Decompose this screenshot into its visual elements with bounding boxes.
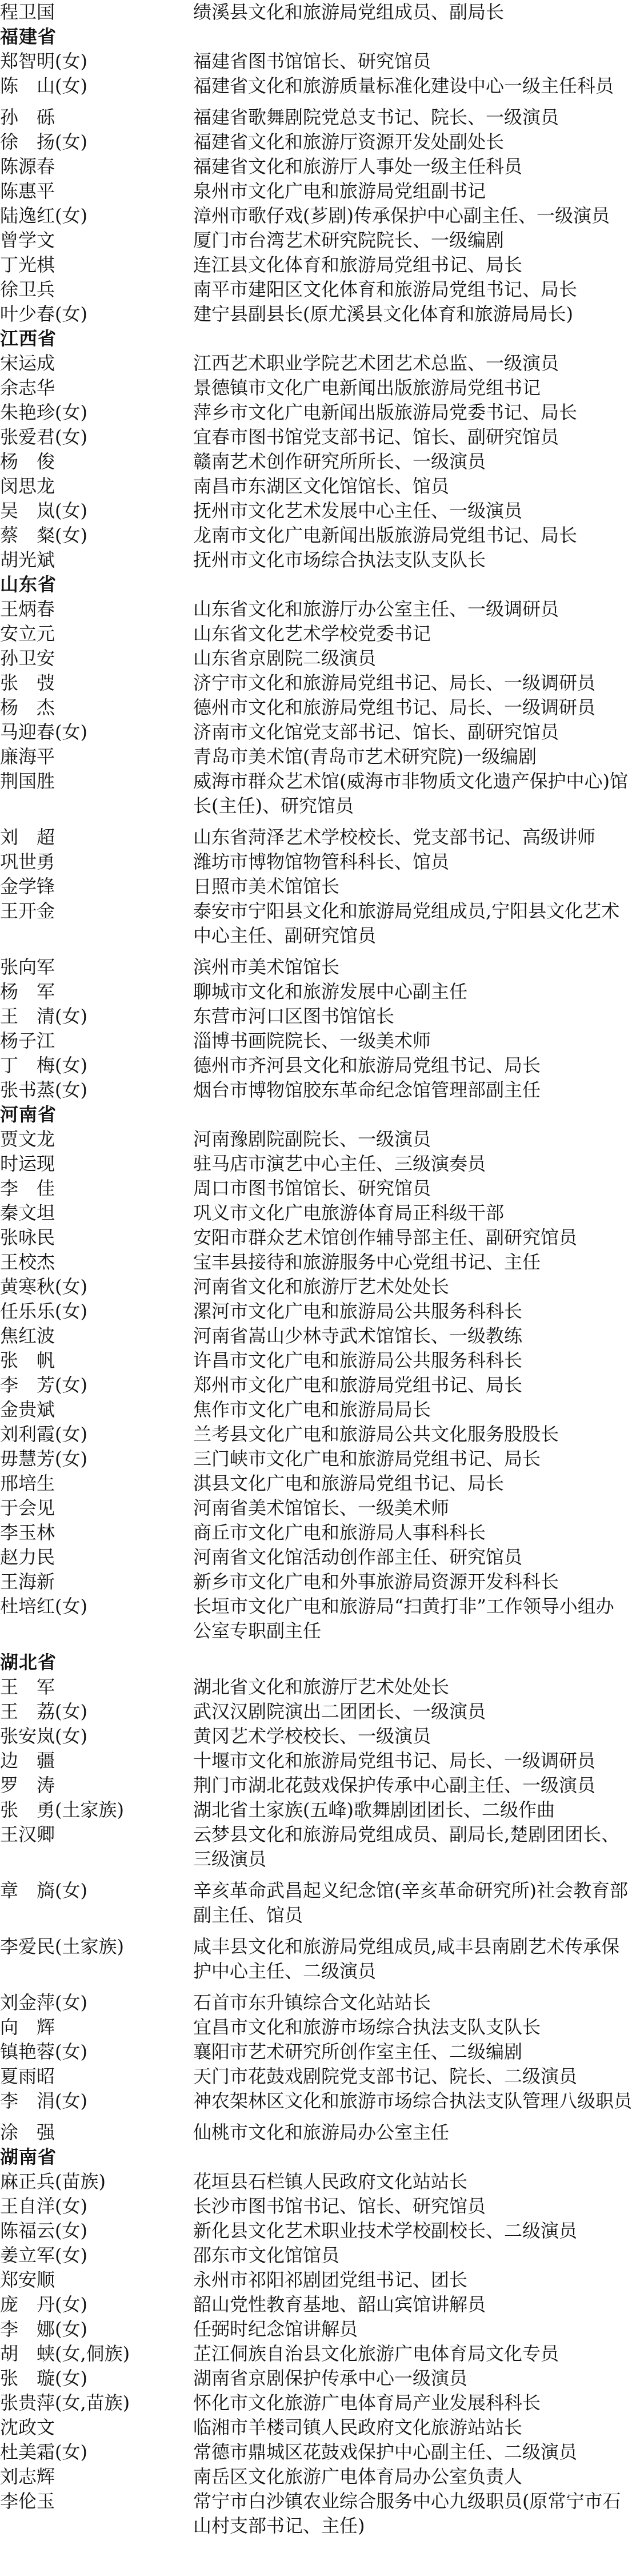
person-title: 临湘市羊楼司镇人民政府文化旅游站站长 [193,2415,632,2440]
person-title: 荆门市湖北花鼓戏保护传承中心副主任、一级演员 [193,1773,632,1798]
person-entry: 刘 超 山东省菏泽艺术学校校长、党支部书记、高级讲师 [0,825,632,850]
person-entry: 涂 强 仙桃市文化和旅游局办公室主任 [0,2120,632,2145]
person-entry: 王 荔(女) 武汉汉剧院演出二团团长、一级演员 [0,1699,632,1724]
person-entry: 张安岚(女) 黄冈艺术学校校长、一级演员 [0,1724,632,1749]
person-title: 漳州市歌仔戏(芗剧)传承保护中心副主任、一级演员 [193,204,632,228]
person-name: 刘金萍(女) [0,1990,193,2015]
person-entry: 孙卫安 山东省京剧院二级演员 [0,646,632,671]
person-title: 烟台市博物馆胶东革命纪念馆管理部副主任 [193,1078,632,1102]
person-name: 边 疆 [0,1749,193,1773]
person-name: 陈 山(女) [0,74,193,98]
person-title: 云梦县文化和旅游局党组成员、副局长,楚剧团团长、三级演员 [193,1822,632,1872]
person-name: 杨 俊 [0,449,193,474]
person-title: 抚州市文化艺术发展中心主任、一级演员 [193,499,632,523]
person-name: 徐 扬(女) [0,130,193,154]
person-title: 湖北省土家族(五峰)歌舞剧团团长、二级作曲 [193,1798,632,1822]
person-title: 福建省歌舞剧院党总支书记、院长、一级演员 [193,105,632,130]
person-title: 宝丰县接待和旅游服务中心党组书记、主任 [193,1250,632,1275]
person-name: 蔡 粲(女) [0,523,193,548]
person-entry: 曾学文 厦门市台湾艺术研究院院长、一级编剧 [0,228,632,253]
person-entry: 刘金萍(女) 石首市东升镇综合文化站站长 [0,1990,632,2015]
person-name: 陆逸红(女) [0,204,193,228]
person-title: 花垣县石栏镇人民政府文化站站长 [193,2169,632,2194]
person-entry: 朱艳珍(女) 萍乡市文化广电新闻出版旅游局党委书记、局长 [0,400,632,425]
person-title: 济宁市文化和旅游局党组书记、局长、一级调研员 [193,671,632,695]
person-name: 章 旖(女) [0,1878,193,1928]
person-entry: 赵力民 河南省文化馆活动创作部主任、研究馆员 [0,1545,632,1570]
person-entry: 李 涓(女) 神农架林区文化和旅游市场综合执法支队管理八级职员 [0,2089,632,2113]
person-title: 景德镇市文化广电新闻出版旅游局党组书记 [193,376,632,400]
person-entry: 郑安顺 永州市祁阳祁剧团党组书记、团长 [0,2268,632,2292]
person-entry: 张 璇(女) 湖南省京剧保护传承中心一级演员 [0,2366,632,2391]
person-title: 漯河市文化广电和旅游局公共服务科科长 [193,1299,632,1324]
person-entry: 丁 梅(女) 德州市齐河县文化和旅游局党组书记、局长 [0,1053,632,1078]
person-title: 仙桃市文化和旅游局办公室主任 [193,2120,632,2145]
person-title: 抚州市文化市场综合执法支队支队长 [193,548,632,572]
person-name: 张 弢 [0,671,193,695]
person-title: 福建省文化和旅游厅人事处一级主任科员 [193,154,632,179]
province-heading: 湖北省 [0,1650,632,1675]
person-name: 陈源春 [0,154,193,179]
person-title: 湖南省京剧保护传承中心一级演员 [193,2366,632,2391]
person-title: 萍乡市文化广电新闻出版旅游局党委书记、局长 [193,400,632,425]
person-title: 青岛市美术馆(青岛市艺术研究院)一级编剧 [193,744,632,769]
person-title: 武汉汉剧院演出二团团长、一级演员 [193,1699,632,1724]
person-title: 焦作市文化广电和旅游局局长 [193,1398,632,1422]
person-name: 王 清(女) [0,1004,193,1029]
person-entry: 金学锋 日照市美术馆馆长 [0,874,632,899]
person-name: 毋慧芳(女) [0,1447,193,1471]
person-entry: 马迎春(女) 济南市文化馆党支部书记、馆长、副研究馆员 [0,720,632,744]
person-name: 马迎春(女) [0,720,193,744]
person-name: 王汉卿 [0,1822,193,1872]
person-name: 孙卫安 [0,646,193,671]
person-entry: 杨 俊 赣南艺术创作研究所所长、一级演员 [0,449,632,474]
person-title: 赣南艺术创作研究所所长、一级演员 [193,449,632,474]
person-entry: 王炳春 山东省文化和旅游厅办公室主任、一级调研员 [0,597,632,622]
person-name: 刘志辉 [0,2464,193,2489]
person-title: 龙南市文化广电新闻出版旅游局党组书记、局长 [193,523,632,548]
person-name: 沈政文 [0,2415,193,2440]
person-title: 河南省嵩山少林寺武术馆馆长、一级教练 [193,1324,632,1348]
person-name: 李 娜(女) [0,2317,193,2342]
person-name: 张书蒸(女) [0,1078,193,1102]
person-entry: 罗 涛 荆门市湖北花鼓戏保护传承中心副主任、一级演员 [0,1773,632,1798]
person-entry: 庞 丹(女) 韶山党性教育基地、韶山宾馆讲解员 [0,2292,632,2317]
person-entry: 李 佳 周口市图书馆馆长、研究馆员 [0,1176,632,1201]
person-name: 张贵萍(女,苗族) [0,2391,193,2415]
person-entry: 程卫国 绩溪县文化和旅游局党组成员、副局长 [0,0,632,25]
person-name: 焦红波 [0,1324,193,1348]
person-entry: 廉海平 青岛市美术馆(青岛市艺术研究院)一级编剧 [0,744,632,769]
person-entry: 黄寒秋(女) 河南省文化和旅游厅艺术处处长 [0,1275,632,1299]
person-entry: 余志华 景德镇市文化广电新闻出版旅游局党组书记 [0,376,632,400]
person-entry: 王汉卿 云梦县文化和旅游局党组成员、副局长,楚剧团团长、三级演员 [0,1822,632,1872]
person-name: 张爱君(女) [0,425,193,449]
person-entry: 姜立军(女) 邵东市文化馆馆员 [0,2243,632,2268]
person-name: 张向军 [0,955,193,980]
person-entry: 向 辉 宜昌市文化和旅游市场综合执法支队支队长 [0,2015,632,2040]
person-name: 刘利霞(女) [0,1422,193,1447]
person-title: 许昌市文化广电和旅游局公共服务科科长 [193,1348,632,1373]
person-entry: 胡 蛱(女,侗族) 芷江侗族自治县文化旅游广电体育局文化专员 [0,2342,632,2366]
person-name: 金贵斌 [0,1398,193,1422]
person-title: 怀化市文化旅游广电体育局产业发展科科长 [193,2391,632,2415]
person-title: 泉州市文化广电和旅游局党组副书记 [193,179,632,204]
person-entry: 任乐乐(女) 漯河市文化广电和旅游局公共服务科科长 [0,1299,632,1324]
person-name: 李伦玉 [0,2489,193,2538]
person-title: 南平市建阳区文化体育和旅游局党组书记、局长 [193,277,632,302]
person-name: 安立元 [0,622,193,646]
person-entry: 杨 杰 德州市文化和旅游局党组书记、局长、一级调研员 [0,695,632,720]
person-entry: 安立元 山东省文化艺术学校党委书记 [0,622,632,646]
person-name: 涂 强 [0,2120,193,2145]
person-entry: 胡光斌 抚州市文化市场综合执法支队支队长 [0,548,632,572]
person-entry: 张向军 滨州市美术馆馆长 [0,955,632,980]
person-title: 淄博书画院院长、一级美术师 [193,1029,632,1053]
person-title: 河南省文化和旅游厅艺术处处长 [193,1275,632,1299]
person-title: 南岳区文化旅游广电体育局办公室负责人 [193,2464,632,2489]
person-name: 胡 蛱(女,侗族) [0,2342,193,2366]
person-title: 辛亥革命武昌起义纪念馆(辛亥革命研究所)社会教育部副主任、馆员 [193,1878,632,1928]
person-entry: 麻正兵(苗族) 花垣县石栏镇人民政府文化站站长 [0,2169,632,2194]
person-entry: 刘志辉 南岳区文化旅游广电体育局办公室负责人 [0,2464,632,2489]
person-title: 襄阳市艺术研究所创作室主任、二级编剧 [193,2040,632,2064]
person-title: 天门市花鼓戏剧院党支部书记、院长、二级演员 [193,2064,632,2089]
person-title: 河南省文化馆活动创作部主任、研究馆员 [193,1545,632,1570]
person-title: 黄冈艺术学校校长、一级演员 [193,1724,632,1749]
person-name: 李爱民(土家族) [0,1934,193,1984]
person-entry: 张爱君(女) 宜春市图书馆党支部书记、馆长、副研究馆员 [0,425,632,449]
person-entry: 张 勇(土家族) 湖北省土家族(五峰)歌舞剧团团长、二级作曲 [0,1798,632,1822]
person-title: 石首市东升镇综合文化站站长 [193,1990,632,2015]
person-entry: 陈福云(女) 新化县文化艺术职业技术学校副校长、二级演员 [0,2219,632,2243]
person-name: 邢培生 [0,1471,193,1496]
person-name: 王海新 [0,1570,193,1594]
person-entry: 吴 岚(女) 抚州市文化艺术发展中心主任、一级演员 [0,499,632,523]
person-title: 长垣市文化广电和旅游局“扫黄打非”工作领导小组办公室专职副主任 [193,1594,632,1643]
person-entry: 邢培生 淇县文化广电和旅游局党组书记、局长 [0,1471,632,1496]
person-name: 李玉林 [0,1520,193,1545]
person-name: 李 芳(女) [0,1373,193,1398]
person-title: 三门峡市文化广电和旅游局党组书记、局长 [193,1447,632,1471]
person-entry: 王 军 湖北省文化和旅游厅艺术处处长 [0,1675,632,1699]
person-title: 江西艺术职业学院艺术团艺术总监、一级演员 [193,351,632,376]
person-entry: 荆国胜 威海市群众艺术馆(威海市非物质文化遗产保护中心)馆长(主任)、研究馆员 [0,769,632,818]
person-title: 滨州市美术馆馆长 [193,955,632,980]
person-name: 姜立军(女) [0,2243,193,2268]
person-name: 荆国胜 [0,769,193,818]
person-name: 时运现 [0,1152,193,1176]
person-title: 湖北省文化和旅游厅艺术处处长 [193,1675,632,1699]
person-name: 王自洋(女) [0,2194,193,2219]
person-entry: 毋慧芳(女) 三门峡市文化广电和旅游局党组书记、局长 [0,1447,632,1471]
person-title: 福建省图书馆馆长、研究馆员 [193,49,632,74]
person-title: 德州市文化和旅游局党组书记、局长、一级调研员 [193,695,632,720]
person-title: 福建省文化和旅游厅资源开发处副处长 [193,130,632,154]
person-name: 贾文龙 [0,1127,193,1152]
person-entry: 李 芳(女) 郑州市文化广电和旅游局党组书记、局长 [0,1373,632,1398]
person-title: 神农架林区文化和旅游市场综合执法支队管理八级职员 [193,2089,632,2113]
person-title: 新乡市文化广电和外事旅游局资源开发科科长 [193,1570,632,1594]
person-entry: 张贵萍(女,苗族) 怀化市文化旅游广电体育局产业发展科科长 [0,2391,632,2415]
person-name: 杨子江 [0,1029,193,1053]
person-entry: 张 弢 济宁市文化和旅游局党组书记、局长、一级调研员 [0,671,632,695]
person-title: 商丘市文化广电和旅游局人事科科长 [193,1520,632,1545]
person-entry: 王校杰 宝丰县接待和旅游服务中心党组书记、主任 [0,1250,632,1275]
person-entry: 陈源春 福建省文化和旅游厅人事处一级主任科员 [0,154,632,179]
person-entry: 郑智明(女) 福建省图书馆馆长、研究馆员 [0,49,632,74]
person-name: 孙 砾 [0,105,193,130]
person-title: 长沙市图书馆书记、馆长、研究馆员 [193,2194,632,2219]
person-title: 绩溪县文化和旅游局党组成员、副局长 [193,0,632,25]
person-title: 芷江侗族自治县文化旅游广电体育局文化专员 [193,2342,632,2366]
person-entry: 焦红波 河南省嵩山少林寺武术馆馆长、一级教练 [0,1324,632,1348]
person-title: 东营市河口区图书馆馆长 [193,1004,632,1029]
person-name: 王 荔(女) [0,1699,193,1724]
person-entry: 叶少春(女) 建宁县副县长(原尤溪县文化体育和旅游局局长) [0,302,632,327]
person-name: 宋运成 [0,351,193,376]
person-title: 厦门市台湾艺术研究院院长、一级编剧 [193,228,632,253]
person-title: 咸丰县文化和旅游局党组成员,咸丰县南剧艺术传承保护中心主任、二级演员 [193,1934,632,1984]
person-name: 陈惠平 [0,179,193,204]
person-entry: 李爱民(土家族) 咸丰县文化和旅游局党组成员,咸丰县南剧艺术传承保护中心主任、二… [0,1934,632,1984]
person-name: 郑智明(女) [0,49,193,74]
person-title: 德州市齐河县文化和旅游局党组书记、局长 [193,1053,632,1078]
person-title: 南昌市东湖区文化馆馆长、馆员 [193,474,632,499]
person-entry: 巩世勇 潍坊市博物馆物管科科长、馆员 [0,850,632,874]
person-entry: 杜美霜(女) 常德市鼎城区花鼓戏保护中心副主任、二级演员 [0,2440,632,2464]
person-name: 徐卫兵 [0,277,193,302]
person-name: 张 帆 [0,1348,193,1373]
person-title: 新化县文化艺术职业技术学校副校长、二级演员 [193,2219,632,2243]
person-title: 聊城市文化和旅游发展中心副主任 [193,980,632,1004]
person-name: 杨 军 [0,980,193,1004]
person-title: 十堰市文化和旅游局党组书记、局长、一级调研员 [193,1749,632,1773]
person-name: 丁光棋 [0,253,193,277]
person-name: 罗 涛 [0,1773,193,1798]
person-title: 山东省菏泽艺术学校校长、党支部书记、高级讲师 [193,825,632,850]
person-entry: 李 娜(女) 任弼时纪念馆讲解员 [0,2317,632,2342]
person-title: 韶山党性教育基地、韶山宾馆讲解员 [193,2292,632,2317]
person-name: 镇艳蓉(女) [0,2040,193,2064]
person-entry: 陆逸红(女) 漳州市歌仔戏(芗剧)传承保护中心副主任、一级演员 [0,204,632,228]
person-name: 杜美霜(女) [0,2440,193,2464]
person-title: 连江县文化体育和旅游局党组书记、局长 [193,253,632,277]
person-title: 建宁县副县长(原尤溪县文化体育和旅游局局长) [193,302,632,327]
person-name: 陈福云(女) [0,2219,193,2243]
person-title: 巩义市文化广电旅游体育局正科级干部 [193,1201,632,1225]
province-heading: 江西省 [0,327,632,351]
person-title: 常德市鼎城区花鼓戏保护中心副主任、二级演员 [193,2440,632,2464]
person-name: 王开金 [0,899,193,948]
person-name: 朱艳珍(女) [0,400,193,425]
person-title: 潍坊市博物馆物管科科长、馆员 [193,850,632,874]
person-name: 张安岚(女) [0,1724,193,1749]
person-title: 泰安市宁阳县文化和旅游局党组成员,宁阳县文化艺术中心主任、副研究馆员 [193,899,632,948]
province-heading: 河南省 [0,1102,632,1127]
person-name: 叶少春(女) [0,302,193,327]
person-entry: 贾文龙 河南豫剧院副院长、一级演员 [0,1127,632,1152]
province-heading: 福建省 [0,25,632,49]
person-name: 黄寒秋(女) [0,1275,193,1299]
person-entry: 王自洋(女) 长沙市图书馆书记、馆长、研究馆员 [0,2194,632,2219]
person-name: 闵思龙 [0,474,193,499]
person-entry: 张咏民 安阳市群众艺术馆创作辅导部主任、副研究馆员 [0,1225,632,1250]
person-entry: 沈政文 临湘市羊楼司镇人民政府文化旅游站站长 [0,2415,632,2440]
person-name: 张 璇(女) [0,2366,193,2391]
person-name: 吴 岚(女) [0,499,193,523]
person-name: 廉海平 [0,744,193,769]
person-entry: 丁光棋 连江县文化体育和旅游局党组书记、局长 [0,253,632,277]
person-name: 李 涓(女) [0,2089,193,2113]
person-entry: 章 旖(女) 辛亥革命武昌起义纪念馆(辛亥革命研究所)社会教育部副主任、馆员 [0,1878,632,1928]
person-title: 河南省美术馆馆长、一级美术师 [193,1496,632,1520]
person-name: 余志华 [0,376,193,400]
person-entry: 张书蒸(女) 烟台市博物馆胶东革命纪念馆管理部副主任 [0,1078,632,1102]
person-name: 曾学文 [0,228,193,253]
person-title: 淇县文化广电和旅游局党组书记、局长 [193,1471,632,1496]
person-title: 济南市文化馆党支部书记、馆长、副研究馆员 [193,720,632,744]
person-name: 夏雨昭 [0,2064,193,2089]
person-entry: 孙 砾 福建省歌舞剧院党总支书记、院长、一级演员 [0,105,632,130]
person-name: 张咏民 [0,1225,193,1250]
person-entry: 李伦玉 常宁市白沙镇农业综合服务中心九级职员(原常宁市石山村支部书记、主任) [0,2489,632,2538]
person-entry: 刘利霞(女) 兰考县文化广电和旅游局公共文化服务股股长 [0,1422,632,1447]
person-entry: 张 帆 许昌市文化广电和旅游局公共服务科科长 [0,1348,632,1373]
person-entry: 李玉林 商丘市文化广电和旅游局人事科科长 [0,1520,632,1545]
person-title: 永州市祁阳祁剧团党组书记、团长 [193,2268,632,2292]
person-title: 河南豫剧院副院长、一级演员 [193,1127,632,1152]
person-name: 庞 丹(女) [0,2292,193,2317]
person-entry: 边 疆 十堰市文化和旅游局党组书记、局长、一级调研员 [0,1749,632,1773]
person-entry: 时运现 驻马店市演艺中心主任、三级演奏员 [0,1152,632,1176]
person-entry: 秦文坦 巩义市文化广电旅游体育局正科级干部 [0,1201,632,1225]
person-title: 郑州市文化广电和旅游局党组书记、局长 [193,1373,632,1398]
person-name: 秦文坦 [0,1201,193,1225]
person-title: 周口市图书馆馆长、研究馆员 [193,1176,632,1201]
person-title: 山东省京剧院二级演员 [193,646,632,671]
person-entry: 闵思龙 南昌市东湖区文化馆馆长、馆员 [0,474,632,499]
person-name: 刘 超 [0,825,193,850]
person-title: 邵东市文化馆馆员 [193,2243,632,2268]
person-title: 安阳市群众艺术馆创作辅导部主任、副研究馆员 [193,1225,632,1250]
person-name: 丁 梅(女) [0,1053,193,1078]
person-title: 任弼时纪念馆讲解员 [193,2317,632,2342]
person-entry: 金贵斌 焦作市文化广电和旅游局局长 [0,1398,632,1422]
personnel-list-document: 程卫国 绩溪县文化和旅游局党组成员、副局长 福建省 郑智明(女) 福建省图书馆馆… [0,0,632,2538]
person-entry: 王海新 新乡市文化广电和外事旅游局资源开发科科长 [0,1570,632,1594]
person-entry: 徐 扬(女) 福建省文化和旅游厅资源开发处副处长 [0,130,632,154]
person-name: 郑安顺 [0,2268,193,2292]
person-name: 李 佳 [0,1176,193,1201]
person-entry: 王开金 泰安市宁阳县文化和旅游局党组成员,宁阳县文化艺术中心主任、副研究馆员 [0,899,632,948]
person-title: 山东省文化艺术学校党委书记 [193,622,632,646]
person-entry: 杨子江 淄博书画院院长、一级美术师 [0,1029,632,1053]
person-entry: 镇艳蓉(女) 襄阳市艺术研究所创作室主任、二级编剧 [0,2040,632,2064]
person-name: 杨 杰 [0,695,193,720]
person-title: 宜昌市文化和旅游市场综合执法支队支队长 [193,2015,632,2040]
person-name: 于会见 [0,1496,193,1520]
person-name: 杜培红(女) [0,1594,193,1643]
person-entry: 于会见 河南省美术馆馆长、一级美术师 [0,1496,632,1520]
person-name: 任乐乐(女) [0,1299,193,1324]
person-title: 兰考县文化广电和旅游局公共文化服务股股长 [193,1422,632,1447]
person-entry: 陈 山(女) 福建省文化和旅游质量标准化建设中心一级主任科员 [0,74,632,98]
person-entry: 夏雨昭 天门市花鼓戏剧院党支部书记、院长、二级演员 [0,2064,632,2089]
province-heading: 湖南省 [0,2145,632,2169]
person-title: 日照市美术馆馆长 [193,874,632,899]
person-title: 山东省文化和旅游厅办公室主任、一级调研员 [193,597,632,622]
person-entry: 杨 军 聊城市文化和旅游发展中心副主任 [0,980,632,1004]
person-title: 威海市群众艺术馆(威海市非物质文化遗产保护中心)馆长(主任)、研究馆员 [193,769,632,818]
person-name: 赵力民 [0,1545,193,1570]
person-name: 胡光斌 [0,548,193,572]
person-entry: 宋运成 江西艺术职业学院艺术团艺术总监、一级演员 [0,351,632,376]
person-entry: 杜培红(女) 长垣市文化广电和旅游局“扫黄打非”工作领导小组办公室专职副主任 [0,1594,632,1643]
person-entry: 蔡 粲(女) 龙南市文化广电新闻出版旅游局党组书记、局长 [0,523,632,548]
person-entry: 徐卫兵 南平市建阳区文化体育和旅游局党组书记、局长 [0,277,632,302]
person-name: 程卫国 [0,0,193,25]
person-title: 常宁市白沙镇农业综合服务中心九级职员(原常宁市石山村支部书记、主任) [193,2489,632,2538]
person-entry: 王 清(女) 东营市河口区图书馆馆长 [0,1004,632,1029]
person-name: 向 辉 [0,2015,193,2040]
person-name: 张 勇(土家族) [0,1798,193,1822]
person-name: 麻正兵(苗族) [0,2169,193,2194]
person-title: 福建省文化和旅游质量标准化建设中心一级主任科员 [193,74,632,98]
person-name: 王炳春 [0,597,193,622]
person-title: 驻马店市演艺中心主任、三级演奏员 [193,1152,632,1176]
person-entry: 陈惠平 泉州市文化广电和旅游局党组副书记 [0,179,632,204]
person-title: 宜春市图书馆党支部书记、馆长、副研究馆员 [193,425,632,449]
person-name: 金学锋 [0,874,193,899]
person-name: 王 军 [0,1675,193,1699]
province-heading: 山东省 [0,572,632,597]
person-name: 巩世勇 [0,850,193,874]
person-name: 王校杰 [0,1250,193,1275]
